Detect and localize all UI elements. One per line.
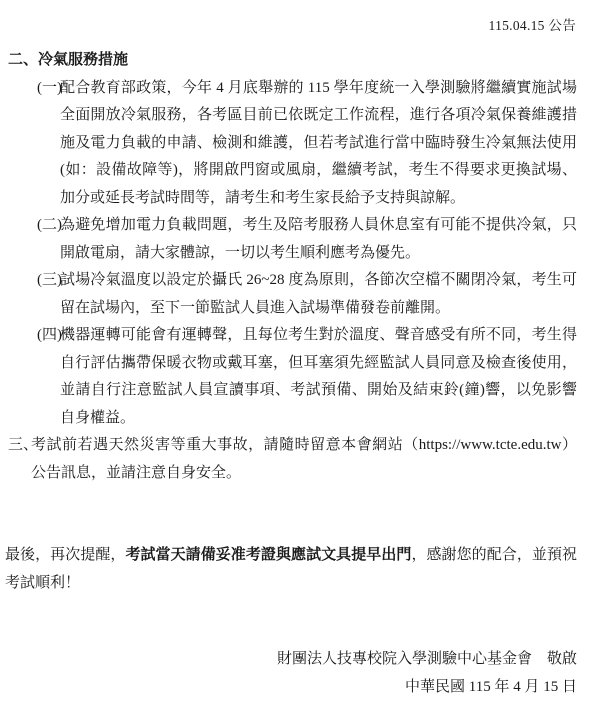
item-marker-1: (一): [37, 75, 62, 103]
section-three-marker: 三、: [8, 432, 38, 460]
item-text-1: 配合教育部政策，今年 4 月底舉辦的 115 學年度統一入學測驗將繼續實施試場全…: [60, 80, 577, 206]
blank-spacer: [5, 487, 577, 542]
signature-date: 中華民國 115 年 4 月 15 日: [5, 674, 577, 702]
item-text-4: 機器運轉可能會有運轉聲，且每位考生對於溫度、聲音感受有所不同，考生得自行評估攜帶…: [60, 327, 577, 426]
closing-bold-reminder: 考試當天請備妥准考證與應試文具提早出門: [125, 547, 411, 563]
closing-prefix: 最後，再次提醒，: [5, 547, 125, 563]
document-body: 二、冷氣服務措施 (一) 配合教育部政策，今年 4 月底舉辦的 115 學年度統…: [5, 47, 577, 701]
closing-paragraph: 最後，再次提醒，考試當天請備妥准考證與應試文具提早出門，感謝您的配合，並預祝考試…: [5, 542, 577, 597]
section-three-text: 考試前若遇天然災害等重大事故，請隨時留意本會網站（https://www.tct…: [31, 437, 577, 481]
blank-spacer: [5, 597, 577, 646]
item-marker-2: (二): [37, 212, 62, 240]
item-text-3: 試場冷氣溫度以設定於攝氏 26~28 度為原則，各節次空檔不關閉冷氣，考生可留在…: [60, 272, 577, 316]
item-marker-4: (四): [37, 322, 62, 350]
announcement-document-page: 115.04.15 公告 二、冷氣服務措施 (一) 配合教育部政策，今年 4 月…: [0, 0, 600, 723]
section-two-heading: 二、冷氣服務措施: [8, 47, 577, 75]
signature-organization: 財團法人技專校院入學測驗中心基金會 敬啟: [5, 646, 577, 674]
list-item-noise: (四) 機器運轉可能會有運轉聲，且每位考生對於溫度、聲音感受有所不同，考生得自行…: [5, 322, 577, 432]
list-item-ac-policy: (一) 配合教育部政策，今年 4 月底舉辦的 115 學年度統一入學測驗將繼續實…: [5, 75, 577, 213]
list-item-temperature: (三) 試場冷氣溫度以設定於攝氏 26~28 度為原則，各節次空檔不關閉冷氣，考…: [5, 267, 577, 322]
section-three-disaster-notice: 三、 考試前若遇天然災害等重大事故，請隨時留意本會網站（https://www.…: [5, 432, 577, 487]
item-text-2: 為避免增加電力負載問題，考生及陪考服務人員休息室有可能不提供冷氣，只開啟電扇，請…: [60, 217, 577, 261]
list-item-power-load: (二) 為避免增加電力負載問題，考生及陪考服務人員休息室有可能不提供冷氣，只開啟…: [5, 212, 577, 267]
item-marker-3: (三): [37, 267, 62, 295]
announcement-date-label: 115.04.15 公告: [489, 14, 576, 34]
